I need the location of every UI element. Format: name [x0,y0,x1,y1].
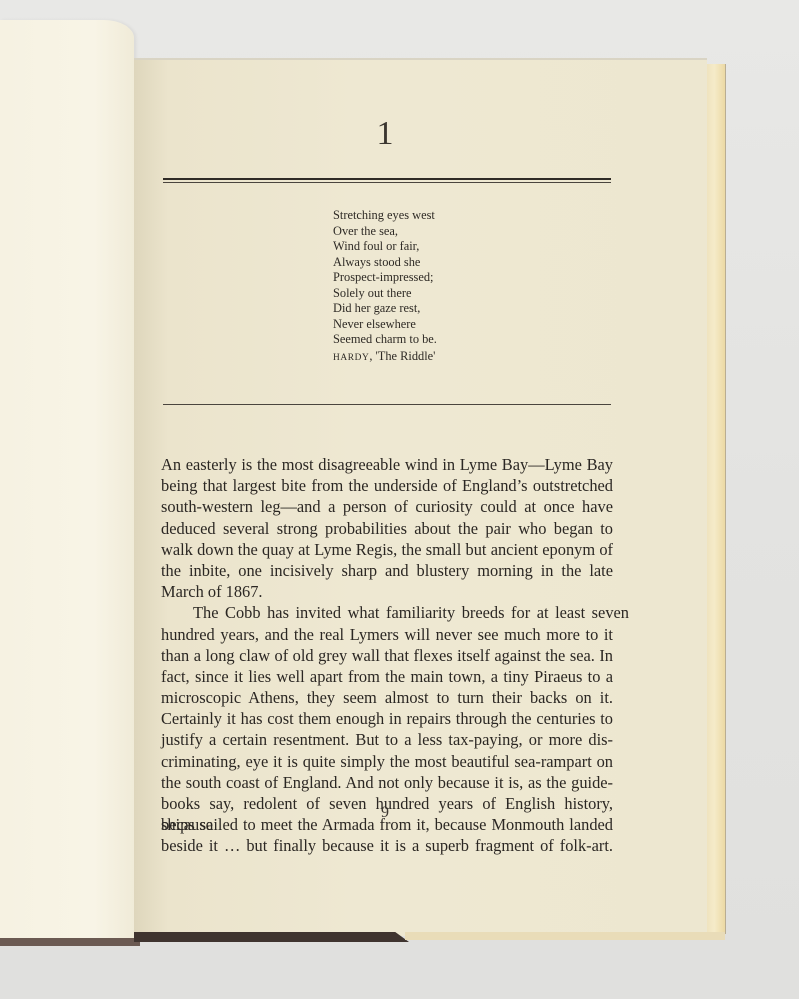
body-line-text: Certainly it has cost them enough in rep… [161,708,613,729]
body-line-text: being that largest bite from the undersi… [161,475,613,496]
body-line-text: beside it … but finally because it is a … [161,835,613,856]
body-line: microscopic Athens, they seem almost to … [161,687,613,708]
body-line: the inbite, one incisively sharp and blu… [161,560,613,581]
body-line-text: microscopic Athens, they seem almost to … [161,687,613,708]
page-bottom-edge [405,932,725,940]
body-line-text: deduced several strong probabilities abo… [161,518,613,539]
double-rule [163,178,611,183]
body-line: fact, since it lies well apart from the … [161,666,613,687]
body-line: Certainly it has cost them enough in rep… [161,708,613,729]
body-line-text: An easterly is the most disagreeable win… [161,454,613,475]
body-line-text: fact, since it lies well apart from the … [161,666,613,687]
epigraph-line: Wind foul or fair, [333,239,533,255]
body-line: The Cobb has invited what familiarity br… [161,602,613,623]
body-line-text: March of 1867. [161,581,613,602]
epigraph-line: Did her gaze rest, [333,301,533,317]
photo-scene: 1 Stretching eyes west Over the sea, Win… [0,0,799,999]
body-line-text: hundred years, and the real Lymers will … [161,624,613,645]
body-line-text: the south coast of England. And not only… [161,772,613,793]
epigraph-line: Stretching eyes west [333,208,533,224]
epigraph-line: Over the sea, [333,224,533,240]
page-number: 9 [370,804,400,822]
body-line: hundred years, and the real Lymers will … [161,624,613,645]
epigraph-line: Prospect-impressed; [333,270,533,286]
body-line: March of 1867. [161,581,613,602]
body-line: being that largest bite from the undersi… [161,475,613,496]
epigraph-line: Always stood she [333,255,533,271]
body-line-text: The Cobb has invited what familiarity br… [177,602,629,623]
body-line-text: the inbite, one incisively sharp and blu… [161,560,613,581]
cover-cloth-bottom [134,932,409,942]
body-line: than a long claw of old grey wall that f… [161,645,613,666]
single-rule [163,404,611,405]
body-line: criminating, eye it is quite simply the … [161,751,613,772]
body-line-text: south-western leg—and a person of curios… [161,496,613,517]
epigraph-line: Never elsewhere [333,317,533,333]
epigraph-line: Seemed charm to be. [333,332,533,348]
body-line: An easterly is the most disagreeable win… [161,454,613,475]
epigraph-line: Solely out there [333,286,533,302]
body-line: beside it … but finally because it is a … [161,835,613,856]
body-line: deduced several strong probabilities abo… [161,518,613,539]
left-cover-edge [0,938,140,946]
body-line-text: walk down the quay at Lyme Regis, the sm… [161,539,613,560]
body-line: south-western leg—and a person of curios… [161,496,613,517]
epigraph-source: 'The Riddle' [376,349,436,363]
body-line: walk down the quay at Lyme Regis, the sm… [161,539,613,560]
fore-edge [707,64,726,934]
epigraph-attribution: HARDY, 'The Riddle' [333,349,533,367]
body-line-text: justify a certain resentment. But to a l… [161,729,613,750]
epigraph-author: HARDY [333,353,369,363]
body-text: An easterly is the most disagreeable win… [161,454,613,857]
body-line: justify a certain resentment. But to a l… [161,729,613,750]
body-line-text: criminating, eye it is quite simply the … [161,751,613,772]
left-page-blank [0,20,134,938]
body-line-text: than a long claw of old grey wall that f… [161,645,613,666]
epigraph: Stretching eyes west Over the sea, Wind … [333,208,533,366]
chapter-number: 1 [370,115,400,153]
body-line: the south coast of England. And not only… [161,772,613,793]
